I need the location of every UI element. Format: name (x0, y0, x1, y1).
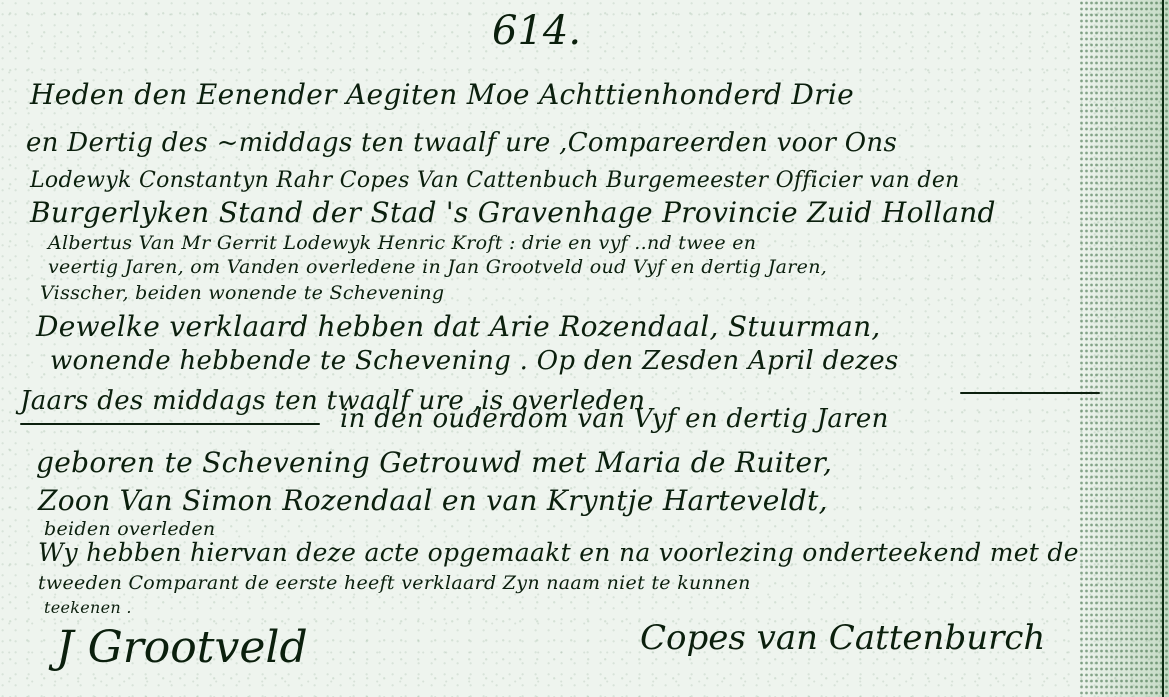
body-line-6: Zoon Van Simon Rozendaal en van Kryntje … (38, 484, 828, 517)
body-line-9: tweeden Comparant de eerste heeft verkla… (38, 572, 751, 594)
page-number: 614. (492, 8, 581, 54)
body-line-2: wonende hebbende te Schevening . Op den … (50, 346, 899, 376)
strikethrough-line (960, 392, 1100, 394)
signature-left: J Grootveld (56, 622, 308, 673)
body-line-5: geboren te Schevening Getrouwd met Maria… (36, 446, 832, 479)
text-line-3: Lodewyk Constantyn Rahr Copes Van Catten… (30, 168, 960, 193)
interlinear-line-2: veertig Jaren, om Vanden overledene in J… (48, 256, 827, 278)
body-line-4: in den ouderdom van Vyf en dertig Jaren (340, 404, 889, 434)
scan-edge-noise (1079, 0, 1169, 697)
body-line-10: teekenen . (44, 598, 132, 617)
interlinear-line-1: Albertus Van Mr Gerrit Lodewyk Henric Kr… (48, 232, 756, 254)
document-page: 614. Heden den Eenender Aegiten Moe Acht… (0, 0, 1169, 697)
strikethrough-line (20, 423, 320, 425)
text-line-1: Heden den Eenender Aegiten Moe Achttienh… (30, 78, 854, 111)
signature-right: Copes van Cattenburch (640, 618, 1045, 658)
body-line-8: Wy hebben hiervan deze acte opgemaakt en… (38, 538, 1079, 567)
body-line-1: Dewelke verklaard hebben dat Arie Rozend… (36, 310, 881, 343)
text-line-2: en Dertig des ~middags ten twaalf ure ,C… (26, 128, 897, 158)
text-line-4: Burgerlyken Stand der Stad 's Gravenhage… (30, 196, 996, 229)
page-edge-border (1162, 0, 1164, 697)
body-line-7: beiden overleden (44, 518, 215, 540)
interlinear-line-3: Visscher, beiden wonende te Schevening (40, 282, 444, 304)
